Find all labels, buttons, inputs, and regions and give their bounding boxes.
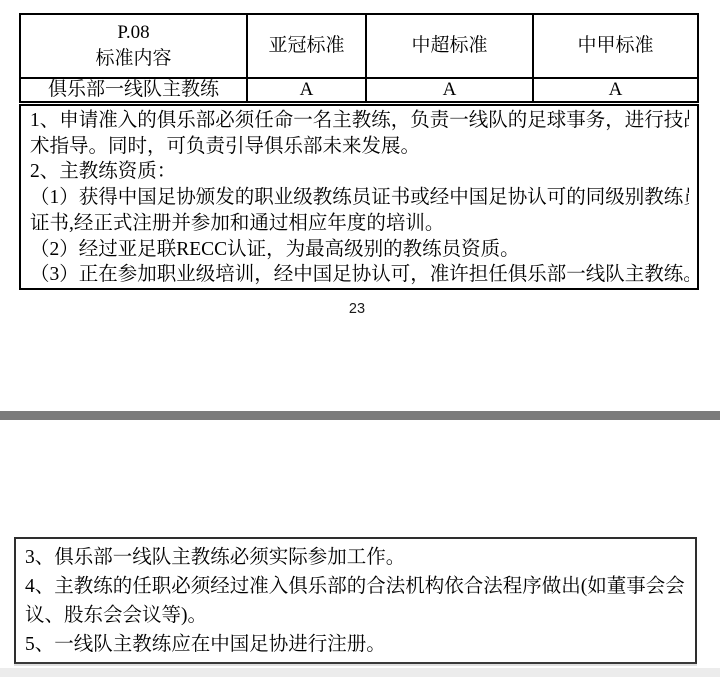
table-value-csl: A bbox=[365, 77, 532, 101]
text-line: （1）获得中国足协颁发的职业级教练员证书或经中国足协认可的同级别教练员 bbox=[30, 185, 689, 211]
text-line: 5、一线队主教练应在中国足协进行注册。 bbox=[25, 630, 687, 659]
table-row-label-head-coach: 俱乐部一线队主教练 bbox=[21, 77, 246, 101]
criteria-text-box: 1、申请准入的俱乐部必须任命一名主教练，负责一线队的足球事务，进行技战 术指导。… bbox=[19, 104, 699, 290]
text-line: （2）经过亚足联RECC认证，为最高级别的教练员资质。 bbox=[30, 237, 689, 263]
page-break-divider bbox=[0, 411, 720, 420]
standards-table: P.08 标准内容 亚冠标准 中超标准 中甲标准 俱乐部一线队主教练 A A A bbox=[19, 13, 699, 103]
text-line: 2、主教练资质： bbox=[30, 159, 689, 185]
text-line: 证书,经正式注册并参加和通过相应年度的培训。 bbox=[30, 211, 689, 237]
table-header-content-label: 标准内容 bbox=[95, 46, 171, 72]
page-number: 23 bbox=[0, 301, 714, 317]
table-value-acl: A bbox=[246, 77, 365, 101]
text-line: 3、俱乐部一线队主教练必须实际参加工作。 bbox=[25, 543, 687, 572]
text-line: 议、股东会会议等)。 bbox=[25, 601, 687, 630]
text-line: 1、申请准入的俱乐部必须任命一名主教练，负责一线队的足球事务，进行技战 bbox=[30, 108, 689, 134]
table-header-acl-standard: 亚冠标准 bbox=[246, 15, 365, 77]
text-line: （3）正在参加职业级培训，经中国足协认可，准许担任俱乐部一线队主教练。 bbox=[30, 262, 689, 288]
table-header-standard-content: P.08 标准内容 bbox=[21, 15, 246, 77]
page-bottom-edge bbox=[0, 668, 720, 677]
text-line: 术指导。同时，可负责引导俱乐部未来发展。 bbox=[30, 134, 689, 160]
table-header-code: P.08 bbox=[117, 20, 149, 46]
table-header-csl-standard: 中超标准 bbox=[365, 15, 532, 77]
table-value-league1: A bbox=[532, 77, 697, 101]
table-header-league1-standard: 中甲标准 bbox=[532, 15, 697, 77]
criteria-text-box-continued: 3、俱乐部一线队主教练必须实际参加工作。 4、主教练的任职必须经过准入俱乐部的合… bbox=[14, 537, 697, 664]
text-line: 4、主教练的任职必须经过准入俱乐部的合法机构依合法程序做出(如董事会会 bbox=[25, 572, 687, 601]
